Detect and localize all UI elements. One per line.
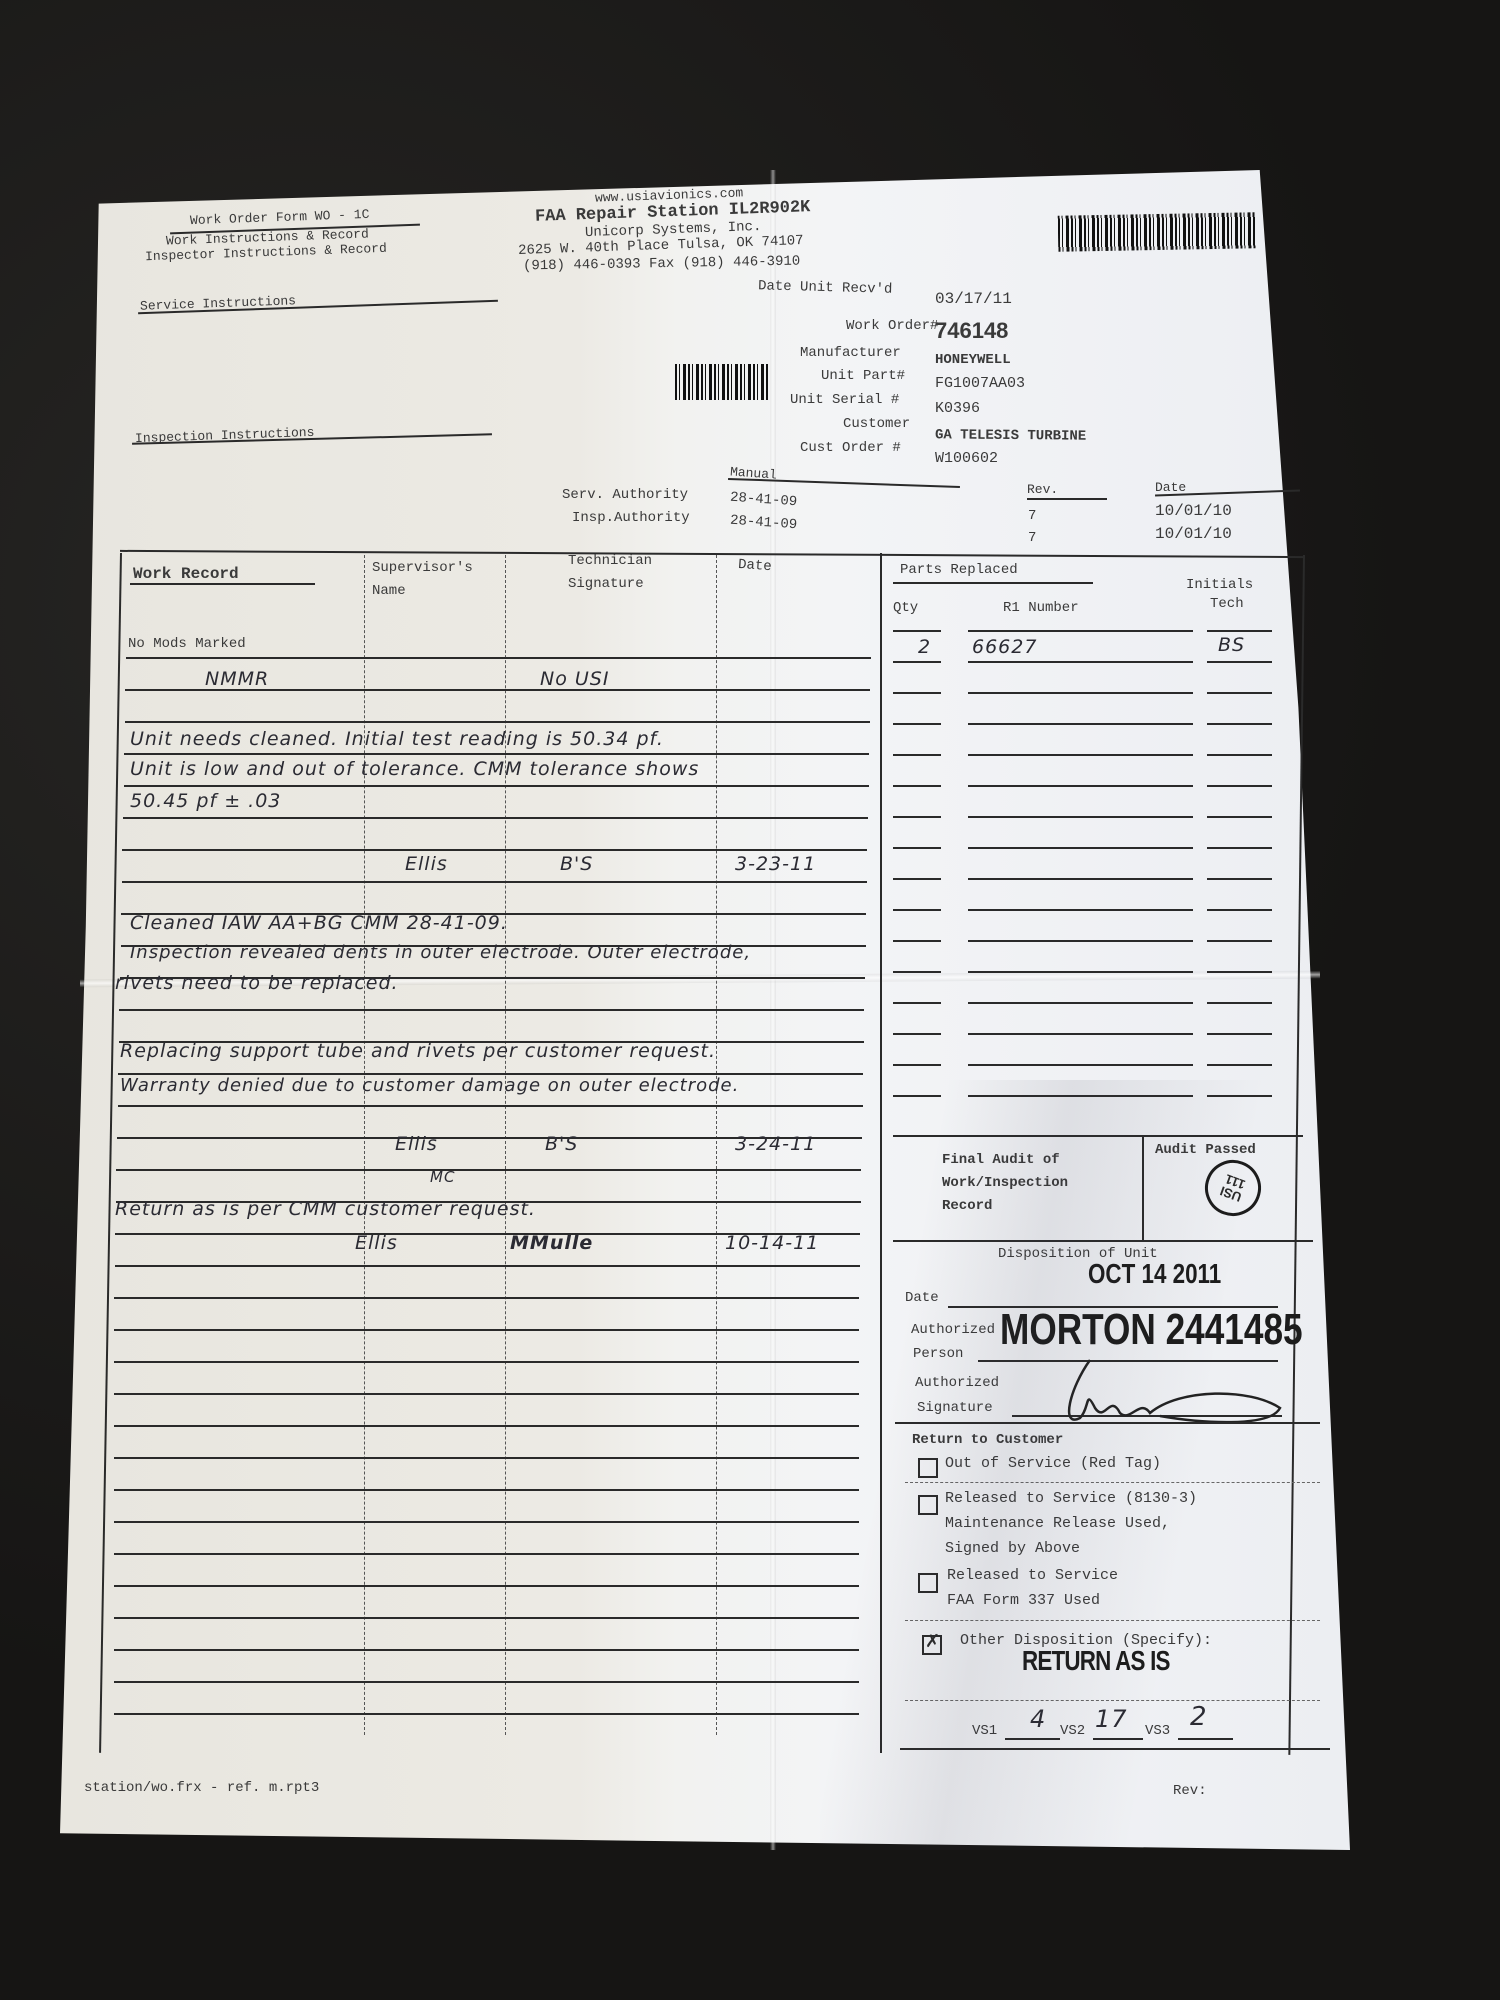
initials-col-label: Initials: [1186, 577, 1253, 593]
column-divider: [716, 555, 717, 1735]
parts-ruled-line: [893, 971, 941, 973]
parts-ruled-line: [968, 692, 1193, 694]
ruled-line: [126, 657, 871, 659]
parts-ruled-line: [1207, 1064, 1272, 1066]
parts-ruled-line: [893, 723, 941, 725]
insp-authority-label: Insp.Authority: [572, 510, 690, 526]
parts-ruled-line: [893, 878, 941, 880]
handwritten-tech-signature: B'S: [560, 853, 593, 875]
unit-info-label: Unit Serial #: [790, 392, 899, 408]
parts-replaced-title: Parts Replaced: [900, 562, 1018, 578]
handwritten-date: 10-14-11: [725, 1232, 819, 1254]
ruled-line: [114, 1617, 859, 1619]
parts-ruled-line: [1207, 909, 1272, 911]
parts-ruled-line: [893, 909, 941, 911]
parts-ruled-line: [1207, 661, 1272, 663]
ruled-line: [114, 1681, 859, 1683]
date-col-label: Date: [737, 557, 772, 575]
ruled-line: [114, 1649, 859, 1651]
unit-info-value: FG1007AA03: [935, 375, 1025, 392]
unit-info-value: HONEYWELL: [935, 352, 1011, 368]
parts-ruled-line: [968, 630, 1193, 632]
parts-ruled-line: [968, 785, 1193, 787]
ruled-line: [114, 1361, 859, 1363]
ruled-line: [123, 817, 868, 819]
ruled-line: [114, 1457, 859, 1459]
serv-authority-date: 10/01/10: [1155, 502, 1232, 520]
qty-col-label: Qty: [893, 600, 918, 616]
ruled-line: [114, 1425, 859, 1427]
handwritten-entry: Replacing support tube and rivets per cu…: [120, 1040, 716, 1062]
ruled-line: [122, 849, 867, 851]
handwritten-supervisor: Ellis: [355, 1232, 398, 1254]
ruled-line: [119, 1009, 864, 1011]
parts-ruled-line: [968, 754, 1193, 756]
ruled-line: [114, 1297, 859, 1299]
parts-ruled-line: [968, 723, 1193, 725]
technician-col-label: Technician: [568, 553, 652, 569]
parts-ruled-line: [1207, 847, 1272, 849]
handwritten-entry: 50.45 pf ± .03: [130, 790, 281, 812]
unit-info-label: Cust Order #: [800, 440, 901, 456]
parts-ruled-line: [893, 940, 941, 942]
handwritten-tech-signature: No USI: [540, 668, 609, 690]
ruled-line: [118, 1105, 863, 1107]
handwritten-entry: Warranty denied due to customer damage o…: [120, 1075, 739, 1096]
ruled-line: [114, 1713, 859, 1715]
unit-info-label: Work Order#: [846, 318, 938, 334]
parts-ruled-line: [968, 1033, 1193, 1035]
parts-ruled-line: [893, 754, 941, 756]
part-number: 66627: [972, 636, 1037, 658]
handwritten-entry: rivets need to be replaced.: [115, 972, 399, 994]
insp-authority-rev: 7: [1028, 530, 1036, 546]
parts-ruled-line: [1207, 630, 1272, 632]
handwritten-entry: Return as is per CMM customer request.: [115, 1198, 536, 1220]
ruled-line: [114, 1553, 859, 1555]
parts-ruled-line: [968, 1002, 1193, 1004]
unit-info-label: Customer: [843, 416, 910, 432]
footer-reference: station/wo.frx - ref. m.rpt3: [84, 1780, 319, 1796]
serv-authority-label: Serv. Authority: [562, 487, 688, 503]
parts-ruled-line: [893, 661, 941, 663]
parts-ruled-line: [968, 816, 1193, 818]
unit-info-label: Unit Part#: [821, 368, 905, 384]
work-record-title-underline: [130, 583, 315, 585]
parts-ruled-line: [1207, 785, 1272, 787]
parts-ruled-line: [968, 940, 1193, 942]
parts-ruled-line: [968, 847, 1193, 849]
handwritten-entry: Unit is low and out of tolerance. CMM to…: [130, 758, 699, 780]
footer-rev: Rev:: [1173, 1783, 1207, 1799]
handwritten-tech-signature: B'S: [545, 1133, 578, 1155]
ruled-line: [114, 1521, 859, 1523]
ruled-line: [115, 1265, 860, 1267]
customer-name: GA TELESIS TURBINE: [935, 427, 1086, 444]
ruled-line: [114, 1393, 859, 1395]
handwritten-tech-signature: MMulle: [510, 1232, 593, 1254]
rev-col-line: [1027, 498, 1107, 500]
parts-ruled-line: [893, 1002, 941, 1004]
parts-ruled-line: [1207, 692, 1272, 694]
parts-ruled-line: [893, 692, 941, 694]
barcode-middle: [675, 364, 770, 400]
ruled-line: [114, 1329, 859, 1331]
parts-ruled-line: [1207, 971, 1272, 973]
ruled-line: [125, 721, 870, 723]
no-mods-marked: No Mods Marked: [128, 636, 246, 652]
unit-info-value: K0396: [935, 400, 980, 417]
parts-ruled-line: [1207, 723, 1272, 725]
handwritten-date: 3-24-11: [735, 1133, 816, 1155]
parts-ruled-line: [968, 1064, 1193, 1066]
part-tech-initials: BS: [1218, 634, 1245, 656]
ruled-line: [124, 753, 869, 755]
handwritten-date: 3-23-11: [735, 853, 816, 875]
parts-ruled-line: [1207, 1033, 1272, 1035]
handwritten-entry: Unit needs cleaned. Initial test reading…: [130, 728, 664, 750]
handwritten-entry: NMMR: [205, 668, 269, 690]
parts-ruled-line: [968, 971, 1193, 973]
shadow-overlay: [820, 1080, 1320, 1850]
parts-ruled-line: [968, 661, 1193, 663]
r1-number-col-label: R1 Number: [1003, 600, 1079, 616]
parts-ruled-line: [893, 847, 941, 849]
unit-info-value: W100602: [935, 450, 998, 467]
parts-ruled-line: [1207, 754, 1272, 756]
work-order-number: 746148: [935, 318, 1008, 344]
parts-replaced-underline: [893, 582, 1093, 584]
supervisor-col-label: Supervisor's: [372, 560, 473, 576]
insp-authority-date: 10/01/10: [1155, 525, 1232, 543]
parts-ruled-line: [1207, 816, 1272, 818]
handwritten-entry: Cleaned IAW AA+BG CMM 28-41-09.: [130, 912, 508, 934]
parts-ruled-line: [1207, 878, 1272, 880]
parts-ruled-line: [1207, 940, 1272, 942]
part-qty: 2: [918, 636, 931, 658]
parts-ruled-line: [893, 1033, 941, 1035]
parts-ruled-line: [893, 1064, 941, 1066]
ruled-line: [114, 1489, 859, 1491]
serv-authority-rev: 7: [1028, 508, 1036, 524]
unit-info-value: 03/17/11: [935, 290, 1012, 308]
handwritten-entry: Inspection revealed dents in outer elect…: [130, 942, 751, 963]
unit-info-label: Manufacturer: [800, 345, 901, 361]
parts-ruled-line: [893, 630, 941, 632]
tech-col-label: Tech: [1210, 596, 1244, 612]
supervisor-col-label-2: Name: [372, 583, 406, 599]
barcode-top-right: [1058, 212, 1257, 251]
work-record-title: Work Record: [133, 565, 239, 583]
ruled-line: [116, 1169, 861, 1171]
technician-col-label-2: Signature: [568, 576, 644, 592]
handwritten-correction: MC: [430, 1168, 455, 1186]
rev-col-label: Rev.: [1027, 482, 1058, 497]
parts-ruled-line: [893, 785, 941, 787]
parts-ruled-line: [893, 816, 941, 818]
ruled-line: [122, 881, 867, 883]
parts-ruled-line: [968, 878, 1193, 880]
ruled-line: [124, 785, 869, 787]
handwritten-supervisor: Ellis: [405, 853, 448, 875]
parts-ruled-line: [968, 909, 1193, 911]
parts-ruled-line: [1207, 1002, 1272, 1004]
handwritten-supervisor: Ellis: [395, 1133, 438, 1155]
ruled-line: [114, 1585, 859, 1587]
